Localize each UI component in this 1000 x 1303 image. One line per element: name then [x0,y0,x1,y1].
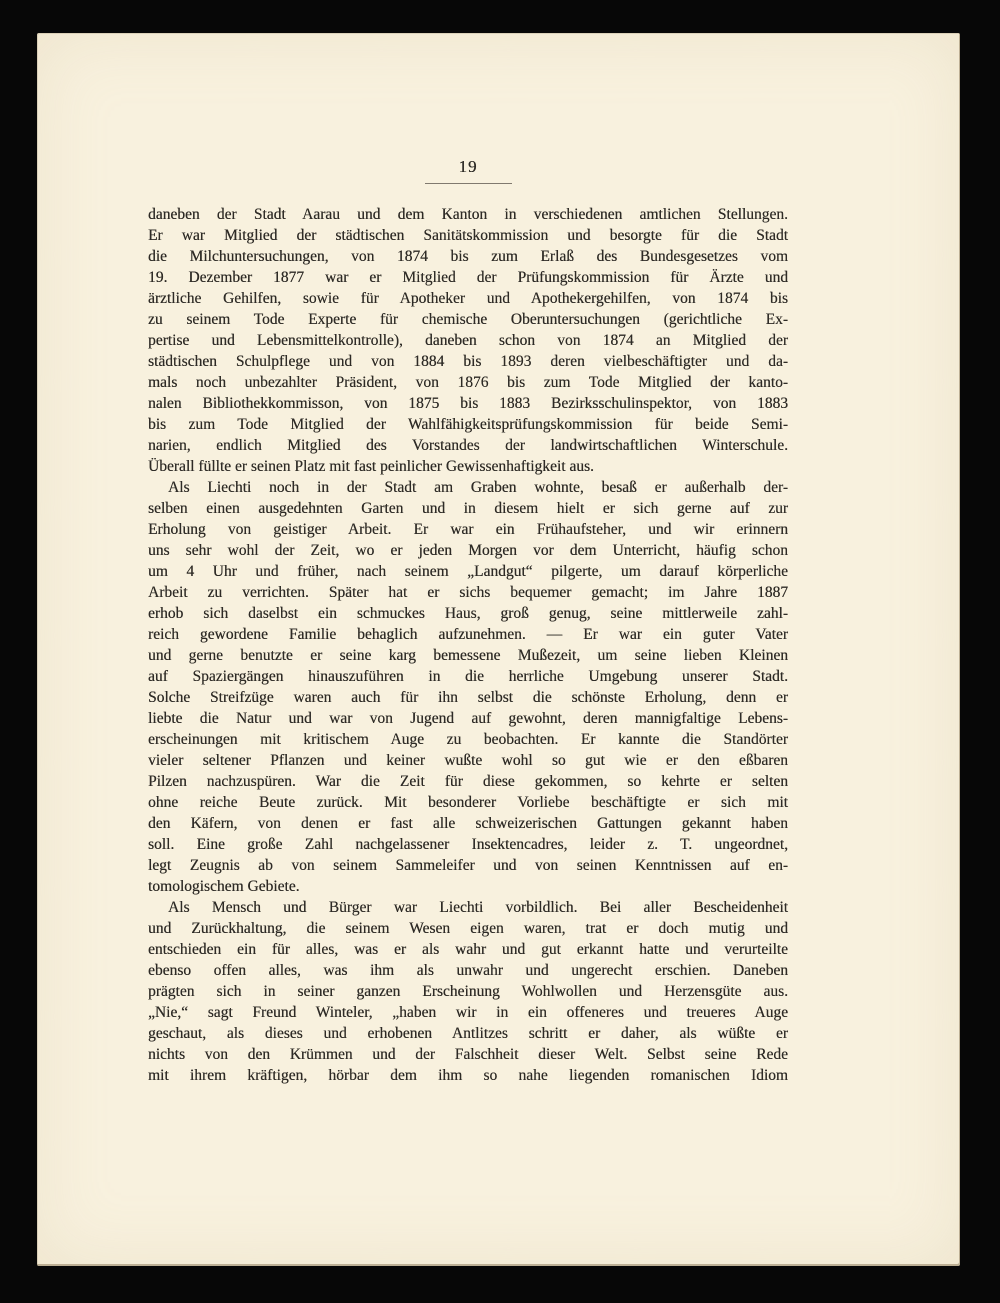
text-line: pertise und Lebensmittelkontrolle), dane… [148,330,788,351]
text-line: nichts von den Krümmen und der Falschhei… [148,1044,788,1065]
text-line: bis zum Tode Mitglied der Wahlfähigkeits… [148,414,788,435]
text-line: ärztliche Gehilfen, sowie für Apotheker … [148,288,788,309]
text-line: Erholung von geistiger Arbeit. Er war ei… [148,519,788,540]
text-line: ohne reiche Beute zurück. Mit besonderer… [148,792,788,813]
text-line: erscheinungen mit kritischem Auge zu beo… [148,729,788,750]
page-number: 19 [459,157,478,177]
text-line: narien, endlich Mitglied des Vorstandes … [148,435,788,456]
text-line: Arbeit zu verrichten. Später hat er sich… [148,582,788,603]
page-number-rule [425,183,512,184]
text-line: prägten sich in seiner ganzen Erscheinun… [148,981,788,1002]
text-line: liebte die Natur und war von Jugend auf … [148,708,788,729]
text-line: Er war Mitglied der städtischen Sanitäts… [148,225,788,246]
text-line: mit ihrem kräftigen, hörbar dem ihm so n… [148,1065,788,1086]
text-line: die Milchuntersuchungen, von 1874 bis zu… [148,246,788,267]
text-line: Als Liechti noch in der Stadt am Graben … [148,477,788,498]
text-line: reich gewordene Familie behaglich aufzun… [148,624,788,645]
text-line: städtischen Schulpflege und von 1884 bis… [148,351,788,372]
text-line: geschaut, als dieses und erhobenen Antli… [148,1023,788,1044]
text-line: tomologischem Gebiete. [148,876,788,897]
text-line: vieler seltener Pflanzen und keiner wußt… [148,750,788,771]
text-line: selben einen ausgedehnten Garten und in … [148,498,788,519]
text-line: nalen Bibliothekkommisson, von 1875 bis … [148,393,788,414]
text-line: uns sehr wohl der Zeit, wo er jeden Morg… [148,540,788,561]
book-page: 19 daneben der Stadt Aarau und dem Kanto… [37,33,960,1266]
text-line: ebenso offen alles, was ihm als unwahr u… [148,960,788,981]
text-line: Pilzen nachzuspüren. War die Zeit für di… [148,771,788,792]
text-line: daneben der Stadt Aarau und dem Kanton i… [148,204,788,225]
text-line: Solche Streifzüge waren auch für ihn sel… [148,687,788,708]
text-line: „Nie,“ sagt Freund Winteler, „haben wir … [148,1002,788,1023]
text-line: und gerne benutzte er seine karg bemesse… [148,645,788,666]
text-line: erhob sich daselbst ein schmuckes Haus, … [148,603,788,624]
text-line: entschieden ein für alles, was er als wa… [148,939,788,960]
text-line: soll. Eine große Zahl nachgelassener Ins… [148,834,788,855]
scan-background: 19 daneben der Stadt Aarau und dem Kanto… [0,0,1000,1303]
text-line: Überall füllte er seinen Platz mit fast … [148,456,788,477]
text-line: und Zurückhaltung, die seinem Wesen eige… [148,918,788,939]
text-line: um 4 Uhr und früher, nach seinem „Landgu… [148,561,788,582]
page-text: daneben der Stadt Aarau und dem Kanton i… [148,204,788,1086]
text-line: 19. Dezember 1877 war er Mitglied der Pr… [148,267,788,288]
text-line: den Käfern, von denen er fast alle schwe… [148,813,788,834]
text-line: mals noch unbezahlter Präsident, von 187… [148,372,788,393]
text-line: auf Spaziergängen hinauszuführen in die … [148,666,788,687]
text-line: zu seinem Tode Experte für chemische Obe… [148,309,788,330]
page-header: 19 [148,157,788,177]
text-line: Als Mensch und Bürger war Liechti vorbil… [148,897,788,918]
text-line: legt Zeugnis ab von seinem Sammeleifer u… [148,855,788,876]
